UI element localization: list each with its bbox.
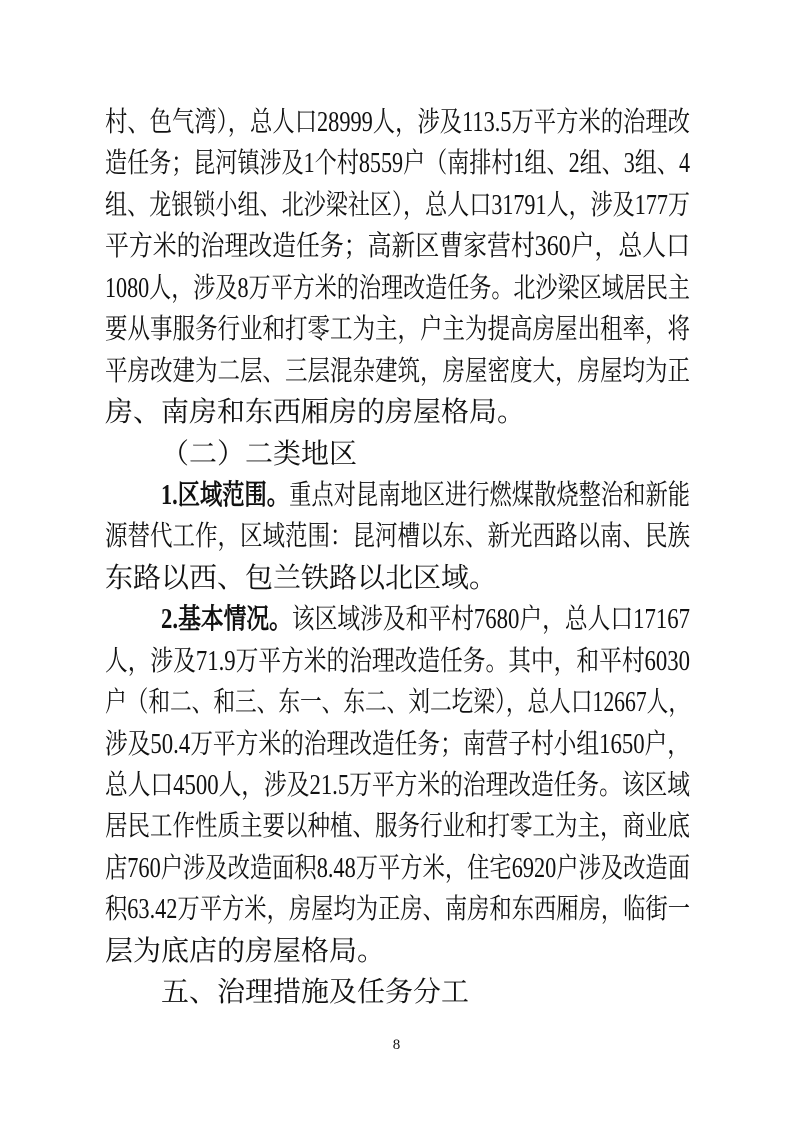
- text-line-content: 总人口4500人，涉及21.5万平方米的治理改造任务。该区域: [105, 765, 690, 806]
- text-run: 积63.42万平方米，房屋均为正房、南房和东西厢房，临街一: [105, 894, 690, 925]
- text-line: 五、治理措施及任务分工: [105, 972, 690, 1013]
- text-line: 平房改建为二层、三层混杂建筑，房屋密度大，房屋均为正: [105, 351, 690, 392]
- text-run: 造任务；昆河镇涉及1个村8559户（南排村1组、2组、3组、4: [105, 148, 690, 179]
- text-run: 重点对昆南地区进行燃煤散烧整治和新能: [289, 480, 690, 511]
- text-line-content: 五、治理措施及任务分工: [161, 972, 469, 1013]
- text-line: 人，涉及71.9万平方米的治理改造任务。其中，和平村6030: [105, 641, 690, 682]
- text-run: 涉及50.4万平方米的治理改造任务；南营子村小组1650户，: [105, 729, 690, 760]
- text-line: 村、色气湾），总人口28999人，涉及113.5万平方米的治理改: [105, 102, 690, 143]
- text-line-content: 涉及50.4万平方米的治理改造任务；南营子村小组1650户，: [105, 724, 690, 765]
- text-line: 造任务；昆河镇涉及1个村8559户（南排村1组、2组、3组、4: [105, 143, 690, 184]
- text-line: 1080人，涉及8万平方米的治理改造任务。北沙梁区域居民主: [105, 268, 690, 309]
- text-run: 该区域涉及和平村7680户，总人口17167: [292, 604, 690, 635]
- text-line: 1.区域范围。重点对昆南地区进行燃煤散烧整治和新能: [105, 475, 690, 516]
- text-line-content: 东路以西、包兰铁路以北区域。: [105, 558, 497, 599]
- text-line: 店760户涉及改造面积8.48万平方米，住宅6920户涉及改造面: [105, 848, 690, 889]
- text-line-content: 造任务；昆河镇涉及1个村8559户（南排村1组、2组、3组、4: [105, 143, 690, 184]
- text-line-content: 1080人，涉及8万平方米的治理改造任务。北沙梁区域居民主: [105, 268, 690, 309]
- text-line-content: 组、龙银锁小组、北沙梁社区），总人口31791人，涉及177万: [105, 185, 690, 226]
- text-line: 层为底店的房屋格局。: [105, 931, 690, 972]
- text-line: （二）二类地区: [105, 434, 690, 475]
- text-line: 总人口4500人，涉及21.5万平方米的治理改造任务。该区域: [105, 765, 690, 806]
- document-body: 村、色气湾），总人口28999人，涉及113.5万平方米的治理改造任务；昆河镇涉…: [105, 102, 690, 1014]
- text-line-content: （二）二类地区: [161, 434, 357, 475]
- text-line: 2.基本情况。该区域涉及和平村7680户，总人口17167: [105, 599, 690, 640]
- text-line-content: 居民工作性质主要以种植、服务行业和打零工为主，商业底: [105, 806, 690, 847]
- text-line-content: 2.基本情况。该区域涉及和平村7680户，总人口17167: [161, 599, 690, 640]
- text-run: 组、龙银锁小组、北沙梁社区），总人口31791人，涉及177万: [105, 190, 690, 221]
- text-run: 户（和二、和三、东一、东二、刘二圪梁），总人口12667人，: [105, 687, 690, 718]
- text-line: 东路以西、包兰铁路以北区域。: [105, 558, 690, 599]
- text-run: （二）二类地区: [161, 439, 357, 470]
- text-run: 要从事服务行业和打零工为主，户主为提高房屋出租率，将: [105, 314, 690, 345]
- text-line-content: 房、南房和东西厢房的房屋格局。: [105, 392, 525, 433]
- text-line: 户（和二、和三、东一、东二、刘二圪梁），总人口12667人，: [105, 682, 690, 723]
- text-line-content: 层为底店的房屋格局。: [105, 931, 385, 972]
- text-run: 总人口4500人，涉及21.5万平方米的治理改造任务。该区域: [105, 770, 690, 801]
- text-line-content: 平方米的治理改造任务；高新区曹家营村360户，总人口: [105, 226, 690, 267]
- text-line: 居民工作性质主要以种植、服务行业和打零工为主，商业底: [105, 806, 690, 847]
- bold-text-run: 1.区域范围。: [161, 480, 289, 511]
- text-run: 层为底店的房屋格局。: [105, 936, 385, 967]
- text-line: 组、龙银锁小组、北沙梁社区），总人口31791人，涉及177万: [105, 185, 690, 226]
- text-run: 平方米的治理改造任务；高新区曹家营村360户，总人口: [105, 231, 690, 262]
- text-run: 人，涉及71.9万平方米的治理改造任务。其中，和平村6030: [105, 646, 690, 677]
- text-line-content: 店760户涉及改造面积8.48万平方米，住宅6920户涉及改造面: [105, 848, 690, 889]
- text-line-content: 村、色气湾），总人口28999人，涉及113.5万平方米的治理改: [105, 102, 690, 143]
- text-run: 房、南房和东西厢房的房屋格局。: [105, 397, 525, 428]
- text-line-content: 人，涉及71.9万平方米的治理改造任务。其中，和平村6030: [105, 641, 690, 682]
- text-line: 积63.42万平方米，房屋均为正房、南房和东西厢房，临街一: [105, 889, 690, 930]
- text-line: 房、南房和东西厢房的房屋格局。: [105, 392, 690, 433]
- text-line-content: 平房改建为二层、三层混杂建筑，房屋密度大，房屋均为正: [105, 351, 690, 392]
- bold-text-run: 2.基本情况。: [161, 604, 292, 635]
- text-line: 平方米的治理改造任务；高新区曹家营村360户，总人口: [105, 226, 690, 267]
- text-run: 五、治理措施及任务分工: [161, 977, 469, 1008]
- text-run: 店760户涉及改造面积8.48万平方米，住宅6920户涉及改造面: [105, 853, 690, 884]
- text-line: 源替代工作，区域范围：昆河槽以东、新光西路以南、民族: [105, 516, 690, 557]
- text-line-content: 源替代工作，区域范围：昆河槽以东、新光西路以南、民族: [105, 516, 690, 557]
- text-line: 要从事服务行业和打零工为主，户主为提高房屋出租率，将: [105, 309, 690, 350]
- text-run: 源替代工作，区域范围：昆河槽以东、新光西路以南、民族: [105, 521, 690, 552]
- text-run: 东路以西、包兰铁路以北区域。: [105, 563, 497, 594]
- text-run: 村、色气湾），总人口28999人，涉及113.5万平方米的治理改: [105, 107, 690, 138]
- text-run: 平房改建为二层、三层混杂建筑，房屋密度大，房屋均为正: [105, 356, 690, 387]
- text-line-content: 要从事服务行业和打零工为主，户主为提高房屋出租率，将: [105, 309, 690, 350]
- text-run: 1080人，涉及8万平方米的治理改造任务。北沙梁区域居民主: [105, 273, 690, 304]
- text-run: 居民工作性质主要以种植、服务行业和打零工为主，商业底: [105, 811, 690, 842]
- document-page: 村、色气湾），总人口28999人，涉及113.5万平方米的治理改造任务；昆河镇涉…: [0, 0, 793, 1122]
- text-line-content: 1.区域范围。重点对昆南地区进行燃煤散烧整治和新能: [161, 475, 690, 516]
- text-line: 涉及50.4万平方米的治理改造任务；南营子村小组1650户，: [105, 724, 690, 765]
- text-line-content: 户（和二、和三、东一、东二、刘二圪梁），总人口12667人，: [105, 682, 690, 723]
- page-number: 8: [0, 1037, 793, 1054]
- text-line-content: 积63.42万平方米，房屋均为正房、南房和东西厢房，临街一: [105, 889, 690, 930]
